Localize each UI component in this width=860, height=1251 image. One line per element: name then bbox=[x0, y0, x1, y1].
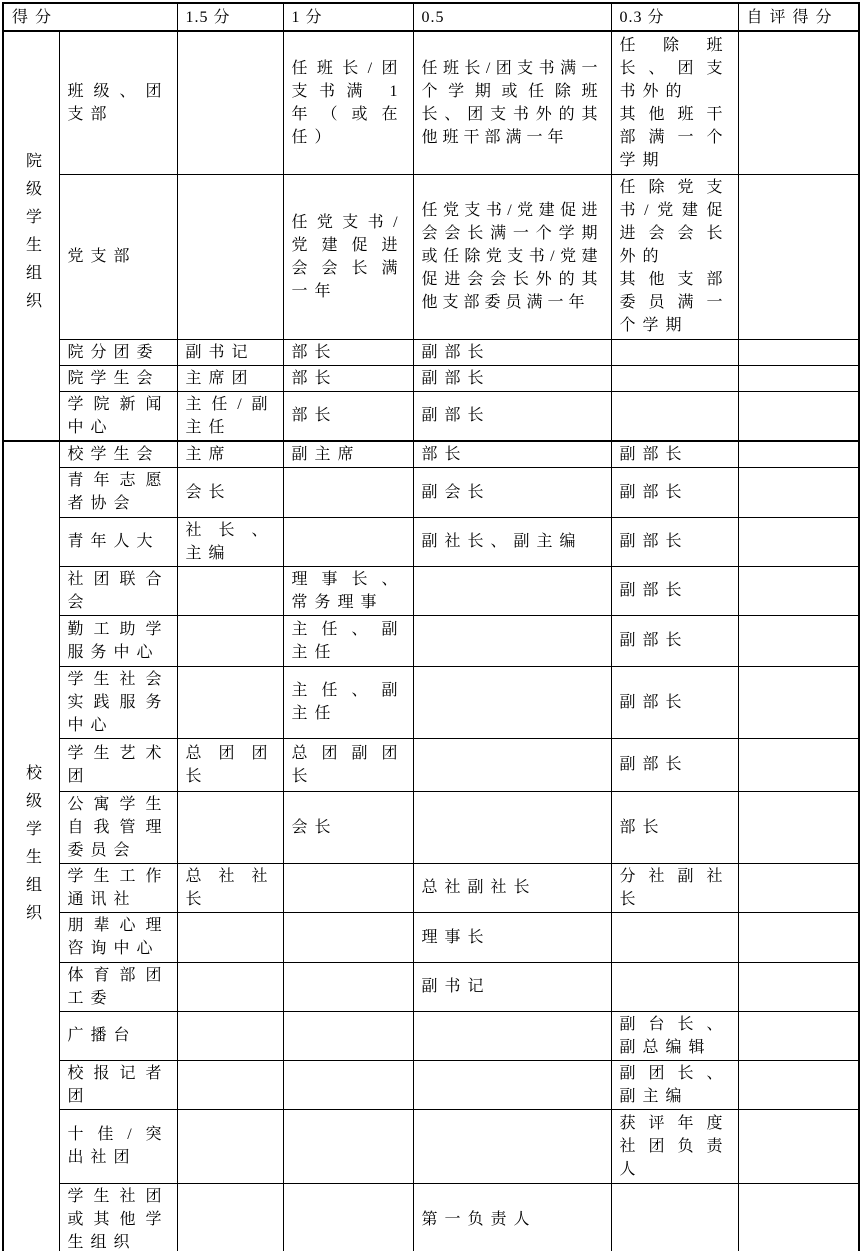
table-row: 青年志愿者协会会长副会长副部长 bbox=[3, 467, 859, 517]
table-row: 广播台副台长、副总编辑 bbox=[3, 1011, 859, 1060]
self-score-cell bbox=[738, 738, 859, 791]
org-name-cell: 朋辈心理咨询中心 bbox=[59, 912, 177, 962]
score-1-5-cell: 主席团 bbox=[177, 365, 283, 391]
score-1-5-cell bbox=[177, 1060, 283, 1109]
score-0-5-cell bbox=[413, 666, 611, 738]
score-0-5-cell bbox=[413, 566, 611, 615]
score-0-5-cell: 副书记 bbox=[413, 962, 611, 1011]
score-0-3-cell: 副台长、副总编辑 bbox=[611, 1011, 738, 1060]
self-score-cell bbox=[738, 517, 859, 566]
table-row: 体育部团工委副书记 bbox=[3, 962, 859, 1011]
score-0-3-cell bbox=[611, 912, 738, 962]
score-0-3-cell: 副部长 bbox=[611, 615, 738, 666]
table-row: 校报记者团副团长、副主编 bbox=[3, 1060, 859, 1109]
table-row: 朋辈心理咨询中心理事长 bbox=[3, 912, 859, 962]
self-score-cell bbox=[738, 1060, 859, 1109]
score-header-cell: 得分 bbox=[3, 3, 177, 31]
score-0-3-cell bbox=[611, 1183, 738, 1251]
score-0-5-cell bbox=[413, 1109, 611, 1183]
score-0-3-cell: 任除党支书/党建促进会会长外的 其他支部委员满一个学期 bbox=[611, 174, 738, 339]
self-score-cell bbox=[738, 791, 859, 863]
self-score-cell bbox=[738, 863, 859, 912]
score-0-3-cell: 副部长 bbox=[611, 467, 738, 517]
table-row: 学生工作通讯社总社社长总社副社长分社副社长 bbox=[3, 863, 859, 912]
org-name-cell: 院分团委 bbox=[59, 339, 177, 365]
score-1-cell: 任党支书/党建促进会会长满一年 bbox=[283, 174, 413, 339]
org-name-cell: 学院新闻中心 bbox=[59, 391, 177, 441]
table-row: 党支部任党支书/党建促进会会长满一年任党支书/党建促进会会长满一个学期或任除党支… bbox=[3, 174, 859, 339]
org-name-cell: 校报记者团 bbox=[59, 1060, 177, 1109]
table-row: 院级学生组织班级、团支部任班长/团支书满 1 年（或在任）任班长/团支书满一个学… bbox=[3, 31, 859, 174]
score-1-cell: 会长 bbox=[283, 791, 413, 863]
org-name-cell: 体育部团工委 bbox=[59, 962, 177, 1011]
org-name-cell: 勤工助学服务中心 bbox=[59, 615, 177, 666]
score-rubric-table: 得分 1.5 分 1 分 0.5 0.3 分 自评得分 院级学生组织班级、团支部… bbox=[2, 2, 860, 1251]
score-1-5-cell bbox=[177, 1011, 283, 1060]
org-name-cell: 广播台 bbox=[59, 1011, 177, 1060]
score-0-3-cell bbox=[611, 391, 738, 441]
score-0-5-cell: 部长 bbox=[413, 441, 611, 468]
table-row: 勤工助学服务中心主任、副主任副部长 bbox=[3, 615, 859, 666]
score-1-cell bbox=[283, 517, 413, 566]
table-row: 公寓学生自我管理委员会会长部长 bbox=[3, 791, 859, 863]
score-1-cell bbox=[283, 1109, 413, 1183]
score-0-5-cell: 副社长、副主编 bbox=[413, 517, 611, 566]
self-score-cell bbox=[738, 962, 859, 1011]
table-row: 学生社会实践服务中心主任、副主任副部长 bbox=[3, 666, 859, 738]
score-1-5-cell: 主席 bbox=[177, 441, 283, 468]
score-1-5-cell bbox=[177, 615, 283, 666]
table-row: 学生艺术团总团团长总团副团长副部长 bbox=[3, 738, 859, 791]
table-row: 学院新闻中心主任/副主任部长副部长 bbox=[3, 391, 859, 441]
score-0-5-cell: 副会长 bbox=[413, 467, 611, 517]
org-name-cell: 校学生会 bbox=[59, 441, 177, 468]
table-row: 院分团委副书记部长副部长 bbox=[3, 339, 859, 365]
self-score-header-cell: 自评得分 bbox=[738, 3, 859, 31]
score-0-3-cell: 任除班长、团支书外的 其他班干部满一个学期 bbox=[611, 31, 738, 174]
score-0-3-cell: 副部长 bbox=[611, 566, 738, 615]
score-1-5-cell: 总团团长 bbox=[177, 738, 283, 791]
score-0-5-cell: 理事长 bbox=[413, 912, 611, 962]
org-name-cell: 青年人大 bbox=[59, 517, 177, 566]
score-0-3-cell: 副部长 bbox=[611, 517, 738, 566]
self-score-cell bbox=[738, 31, 859, 174]
org-name-cell: 社团联合会 bbox=[59, 566, 177, 615]
score-0-5-cell bbox=[413, 1060, 611, 1109]
score-0-5-cell: 第一负责人 bbox=[413, 1183, 611, 1251]
score-0-5-cell: 总社副社长 bbox=[413, 863, 611, 912]
score-1-5-cell bbox=[177, 174, 283, 339]
table-row: 青年人大社长、主编副社长、副主编副部长 bbox=[3, 517, 859, 566]
score-1-cell: 主任、副主任 bbox=[283, 615, 413, 666]
score-0-3-cell bbox=[611, 339, 738, 365]
score-1-5-cell bbox=[177, 566, 283, 615]
score-1-cell: 部长 bbox=[283, 339, 413, 365]
score-1-cell bbox=[283, 863, 413, 912]
org-name-cell: 学生工作通讯社 bbox=[59, 863, 177, 912]
header-row: 得分 1.5 分 1 分 0.5 0.3 分 自评得分 bbox=[3, 3, 859, 31]
score-1-5-cell bbox=[177, 1109, 283, 1183]
score-1-5-cell bbox=[177, 31, 283, 174]
group-label-cell: 校级学生组织 bbox=[3, 441, 59, 1251]
header-cell-0-5: 0.5 bbox=[413, 3, 611, 31]
self-score-cell bbox=[738, 666, 859, 738]
score-0-3-cell bbox=[611, 365, 738, 391]
score-0-3-cell: 副部长 bbox=[611, 738, 738, 791]
self-score-cell bbox=[738, 912, 859, 962]
score-1-5-cell: 社长、主编 bbox=[177, 517, 283, 566]
score-1-cell bbox=[283, 467, 413, 517]
score-1-cell: 理事长、常务理事 bbox=[283, 566, 413, 615]
score-1-cell bbox=[283, 912, 413, 962]
header-cell-1: 1 分 bbox=[283, 3, 413, 31]
score-1-5-cell bbox=[177, 666, 283, 738]
org-name-cell: 党支部 bbox=[59, 174, 177, 339]
score-0-5-cell bbox=[413, 738, 611, 791]
table-row: 校级学生组织校学生会主席副主席部长副部长 bbox=[3, 441, 859, 468]
score-1-5-cell bbox=[177, 1183, 283, 1251]
org-name-cell: 院学生会 bbox=[59, 365, 177, 391]
header-cell-1-5: 1.5 分 bbox=[177, 3, 283, 31]
group-label: 院级学生组织 bbox=[22, 152, 40, 320]
score-0-3-cell: 获评年度社团负责人 bbox=[611, 1109, 738, 1183]
score-1-5-cell bbox=[177, 791, 283, 863]
score-1-cell bbox=[283, 1011, 413, 1060]
score-0-5-cell: 副部长 bbox=[413, 391, 611, 441]
score-1-5-cell: 副书记 bbox=[177, 339, 283, 365]
score-0-3-cell bbox=[611, 962, 738, 1011]
self-score-cell bbox=[738, 1109, 859, 1183]
table-row: 社团联合会理事长、常务理事副部长 bbox=[3, 566, 859, 615]
org-name-cell: 学生艺术团 bbox=[59, 738, 177, 791]
table-row: 十佳/突出社团获评年度社团负责人 bbox=[3, 1109, 859, 1183]
score-1-cell: 主任、副主任 bbox=[283, 666, 413, 738]
score-1-cell: 部长 bbox=[283, 365, 413, 391]
self-score-cell bbox=[738, 615, 859, 666]
self-score-cell bbox=[738, 1183, 859, 1251]
score-1-cell bbox=[283, 1060, 413, 1109]
score-1-cell: 副主席 bbox=[283, 441, 413, 468]
score-1-cell: 部长 bbox=[283, 391, 413, 441]
score-1-5-cell: 会长 bbox=[177, 467, 283, 517]
score-1-5-cell: 主任/副主任 bbox=[177, 391, 283, 441]
score-1-cell: 任班长/团支书满 1 年（或在任） bbox=[283, 31, 413, 174]
self-score-cell bbox=[738, 441, 859, 468]
self-score-cell bbox=[738, 391, 859, 441]
score-0-5-cell: 任党支书/党建促进会会长满一个学期或任除党支书/党建促进会会长外的其他支部委员满… bbox=[413, 174, 611, 339]
score-0-5-cell bbox=[413, 615, 611, 666]
score-0-5-cell: 任班长/团支书满一个学期或任除班长、团支书外的其他班干部满一年 bbox=[413, 31, 611, 174]
group-label: 校级学生组织 bbox=[22, 764, 40, 932]
self-score-cell bbox=[738, 1011, 859, 1060]
org-name-cell: 学生社团或其他学生组织 bbox=[59, 1183, 177, 1251]
self-score-cell bbox=[738, 174, 859, 339]
org-name-cell: 班级、团支部 bbox=[59, 31, 177, 174]
org-name-cell: 学生社会实践服务中心 bbox=[59, 666, 177, 738]
score-0-5-cell: 副部长 bbox=[413, 365, 611, 391]
score-0-3-cell: 副团长、副主编 bbox=[611, 1060, 738, 1109]
self-score-cell bbox=[738, 339, 859, 365]
group-label-cell: 院级学生组织 bbox=[3, 31, 59, 441]
org-name-cell: 十佳/突出社团 bbox=[59, 1109, 177, 1183]
table-row: 学生社团或其他学生组织第一负责人 bbox=[3, 1183, 859, 1251]
score-0-5-cell bbox=[413, 791, 611, 863]
self-score-cell bbox=[738, 467, 859, 517]
score-1-cell: 总团副团长 bbox=[283, 738, 413, 791]
score-0-3-cell: 副部长 bbox=[611, 441, 738, 468]
score-0-3-cell: 分社副社长 bbox=[611, 863, 738, 912]
header-cell-0-3: 0.3 分 bbox=[611, 3, 738, 31]
table-row: 院学生会主席团部长副部长 bbox=[3, 365, 859, 391]
self-score-cell bbox=[738, 365, 859, 391]
score-0-5-cell: 副部长 bbox=[413, 339, 611, 365]
org-name-cell: 公寓学生自我管理委员会 bbox=[59, 791, 177, 863]
score-1-5-cell bbox=[177, 912, 283, 962]
self-score-cell bbox=[738, 566, 859, 615]
score-1-cell bbox=[283, 962, 413, 1011]
org-name-cell: 青年志愿者协会 bbox=[59, 467, 177, 517]
score-1-5-cell: 总社社长 bbox=[177, 863, 283, 912]
score-0-3-cell: 副部长 bbox=[611, 666, 738, 738]
score-0-5-cell bbox=[413, 1011, 611, 1060]
score-1-5-cell bbox=[177, 962, 283, 1011]
score-1-cell bbox=[283, 1183, 413, 1251]
score-0-3-cell: 部长 bbox=[611, 791, 738, 863]
